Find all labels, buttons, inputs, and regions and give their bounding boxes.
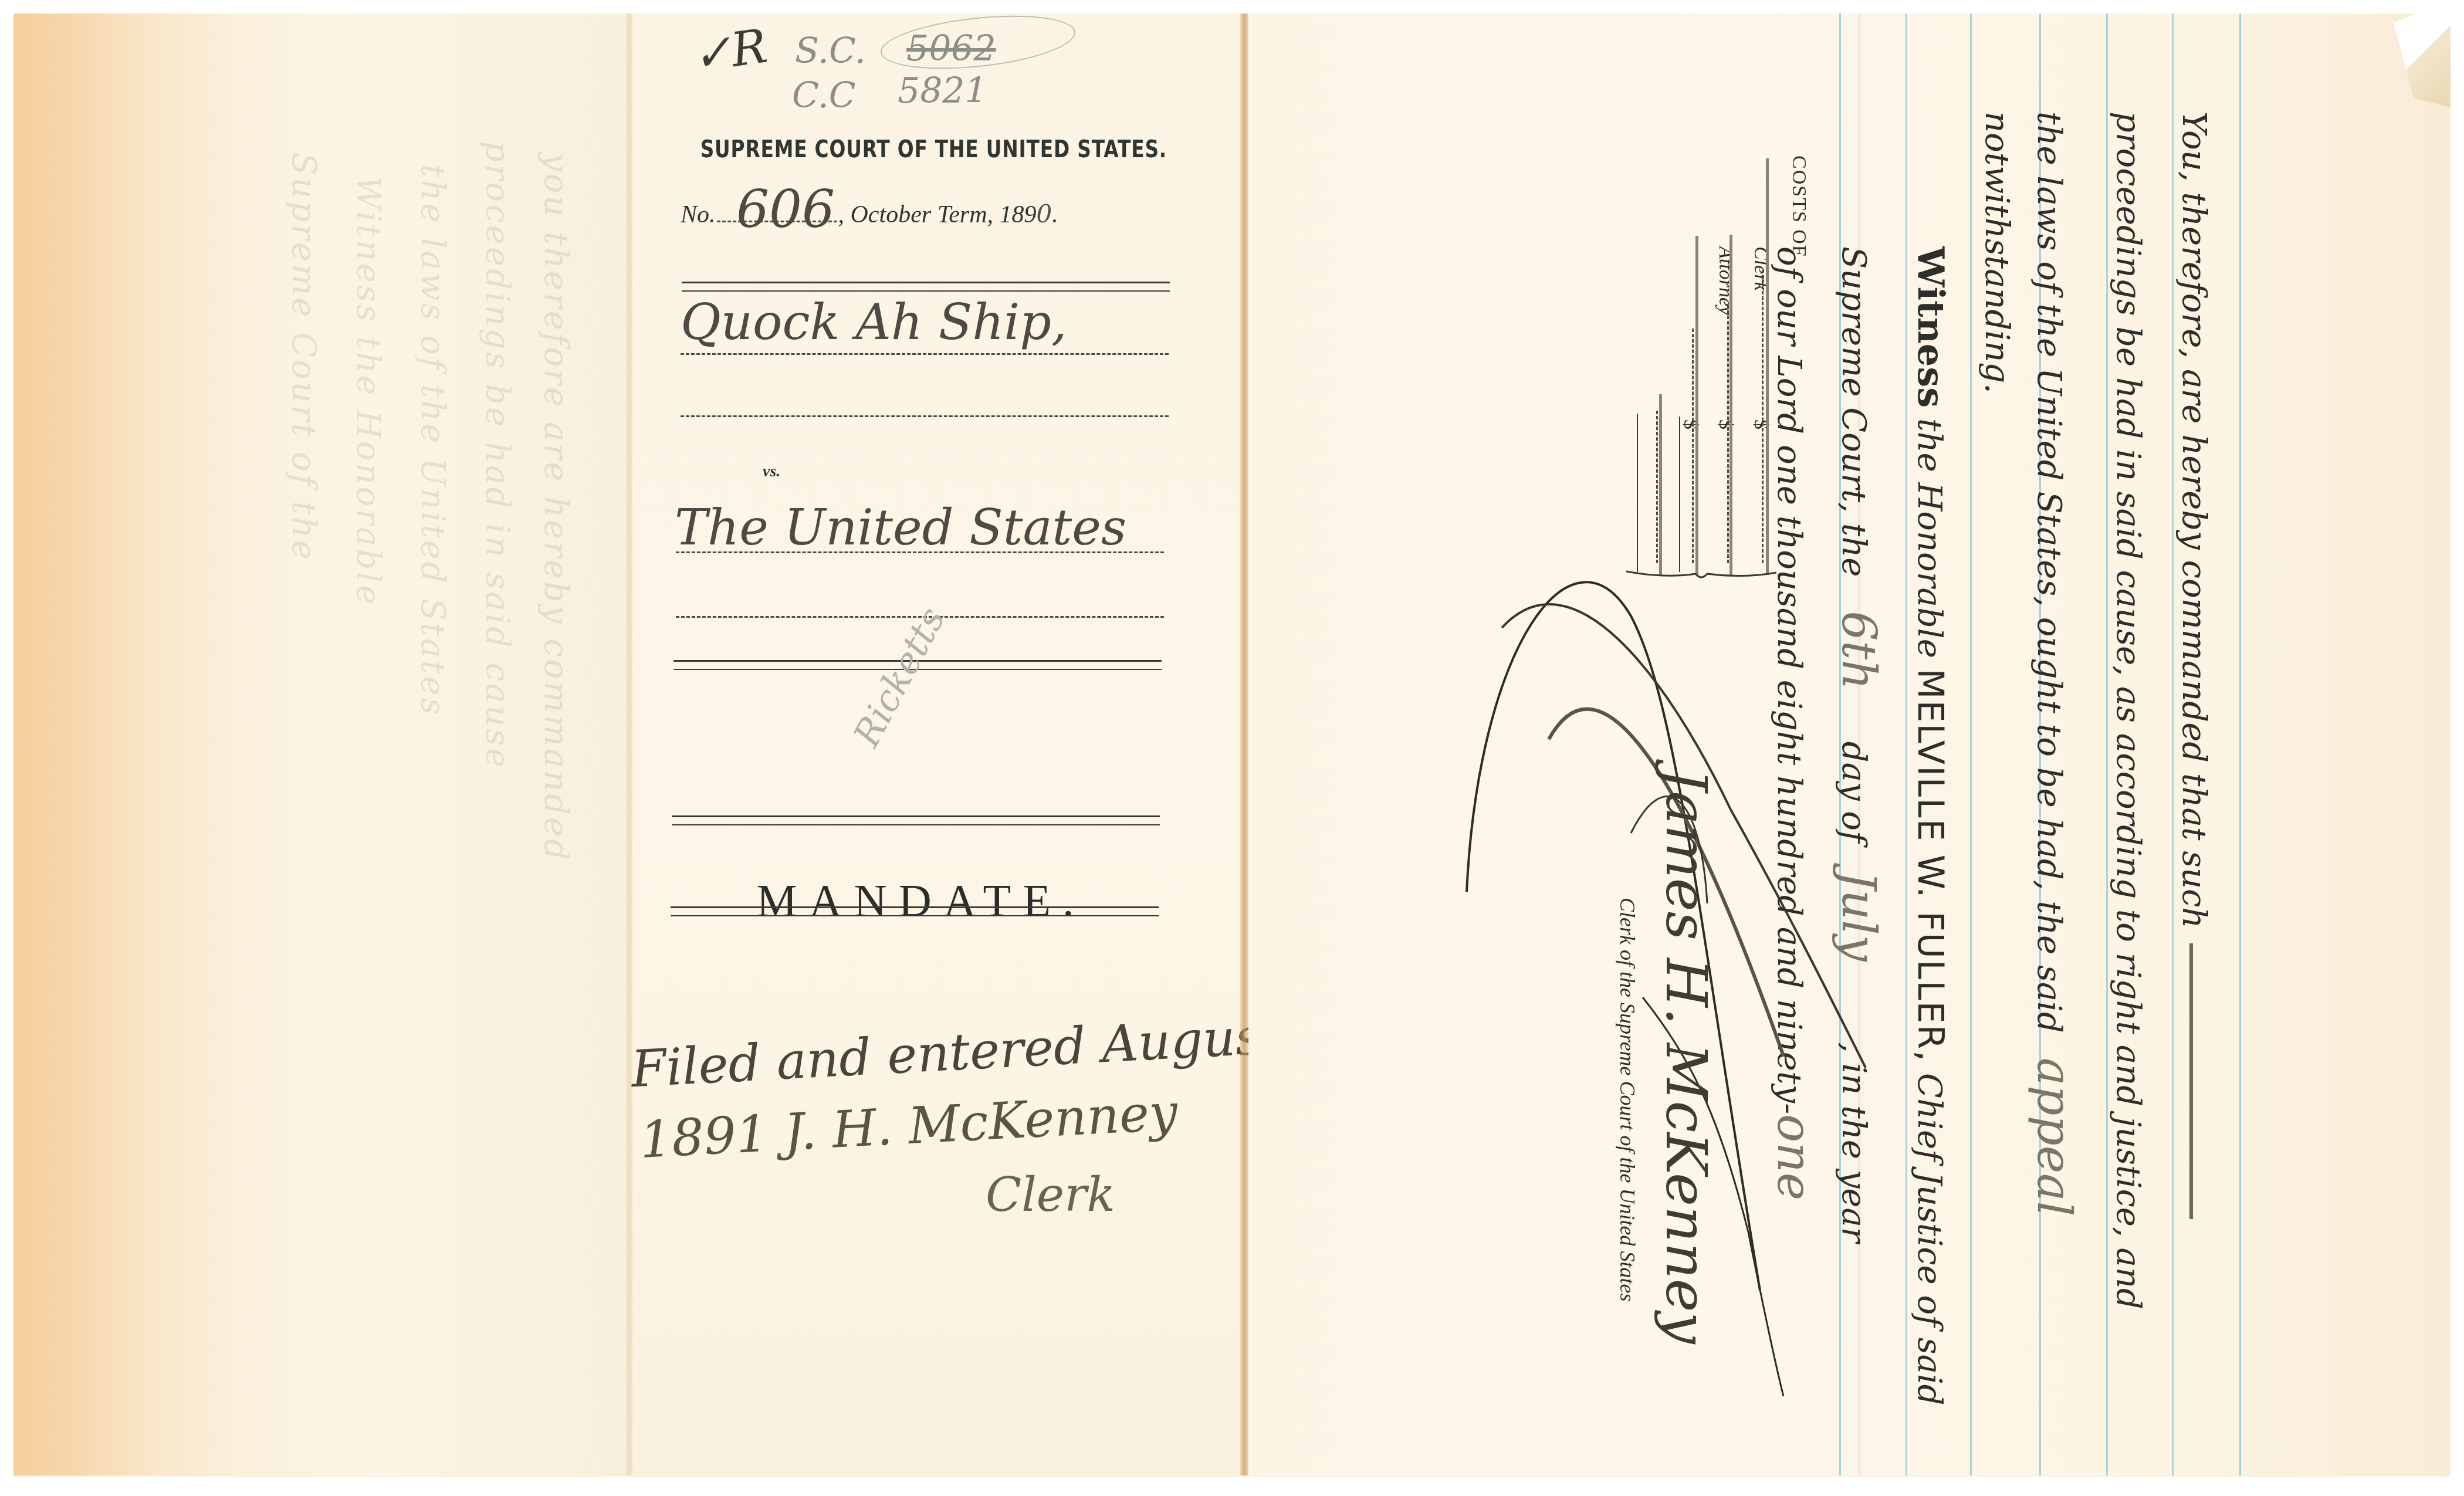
filing-note-clerk: Clerk: [986, 1167, 1115, 1222]
ruling-line: [2172, 13, 2174, 1475]
term-label: , October Term, 189: [838, 201, 1037, 228]
ruling-line: [2239, 13, 2241, 1475]
pencil-cc-number: 5821: [898, 70, 987, 111]
chief-justice-name: MELVILLE W. FULLER,: [1910, 669, 1951, 1063]
docket-cover-panel: [632, 13, 1240, 1475]
costs-heading: COSTS OF: [1788, 155, 1810, 258]
court-line-prefix: Supreme Court, the: [1835, 246, 1873, 577]
appellant-name: Quock Ah Ship,: [681, 293, 1067, 351]
dashed-rule: [681, 353, 1169, 355]
ruling-line: [1970, 13, 1972, 1475]
mandate-line-2: proceedings be had in said cause, as acc…: [2109, 111, 2147, 1309]
mandate-line-1-text: You, therefore, are hereby commanded tha…: [2175, 111, 2213, 928]
costs-dotted-line: [1727, 305, 1729, 563]
fold-crease-left: [627, 13, 632, 1475]
fill-rule: [2190, 943, 2194, 1219]
bleed-through-line: Witness the Honorable: [349, 176, 387, 607]
clerk-signature: James H. McKenney: [1653, 769, 1719, 1344]
clerk-title: Clerk of the Supreme Court of the United…: [1615, 898, 1640, 1302]
court-title: SUPREME COURT OF THE UNITED STATES.: [683, 136, 1184, 163]
fold-crease-center: [1240, 13, 1248, 1475]
appellee-name: The United States: [675, 499, 1126, 556]
costs-attorney-label: Attorney: [1714, 246, 1737, 315]
bleed-through-line: proceedings be had in said cause: [478, 141, 516, 770]
dashed-rule: [681, 415, 1169, 417]
mandate-line-1: You, therefore, are hereby commanded tha…: [2175, 111, 2213, 1219]
party-fill-handwritten: appeal: [2027, 1058, 2081, 1217]
double-rule: [671, 906, 1159, 916]
mandate-line-3-text: the laws of the United States, ought to …: [2030, 111, 2068, 1033]
costs-bar: [1695, 236, 1698, 575]
bleed-through-line: Supreme Court of the: [285, 153, 323, 562]
dashed-rule: [676, 551, 1164, 553]
check-mark-note: ✓R: [689, 19, 770, 83]
costs-bar: [1729, 235, 1732, 575]
bleed-through-line: you therefore are hereby commanded: [537, 153, 575, 862]
costs-dotted-line: [1762, 270, 1764, 563]
witness-line: Witness the Honorable MELVILLE W. FULLER…: [1910, 246, 1952, 1406]
pencil-cc-prefix: C.C: [792, 75, 856, 116]
double-rule: [672, 815, 1160, 825]
costs-bar: [1766, 158, 1769, 575]
pencil-sc-prefix: S.C.: [795, 31, 866, 72]
term-end: .: [1052, 201, 1058, 228]
versus-label: vs.: [763, 462, 780, 481]
mandate-title: MANDATE.: [669, 874, 1173, 927]
witness-text: the Honorable: [1910, 418, 1948, 658]
docket-number-handwritten: 606: [736, 179, 835, 239]
witness-label: Witness: [1910, 246, 1952, 408]
chief-justice-title: Chief Justice of said: [1910, 1073, 1948, 1406]
mandate-line-3: the laws of the United States, ought to …: [2027, 111, 2081, 1216]
number-label: No.: [681, 201, 716, 228]
bleed-through-line: the laws of the United States: [414, 164, 452, 717]
term-year-handwritten: 0: [1036, 199, 1052, 228]
ruling-line: [2106, 13, 2108, 1475]
ruling-line: [1905, 13, 1907, 1475]
mandate-line-4: notwithstanding.: [1978, 111, 2016, 394]
costs-attorney-currency: $: [1714, 419, 1737, 429]
double-rule: [682, 282, 1170, 292]
